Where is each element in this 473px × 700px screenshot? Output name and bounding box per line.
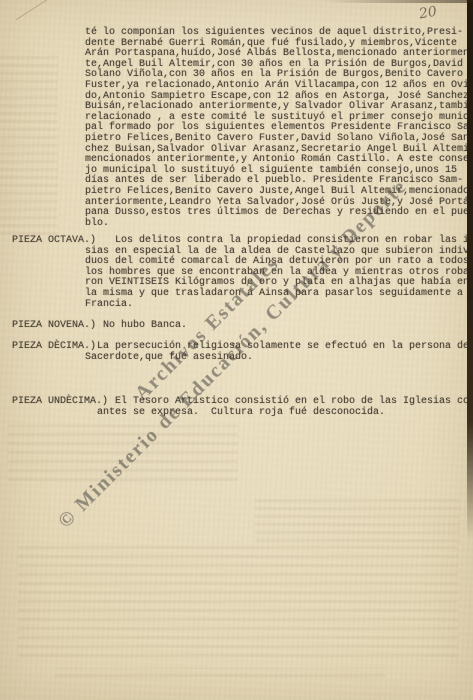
text-line: té lo componían los siguientes vecinos d…: [85, 28, 473, 39]
section-body: Los delitos contra la propiedad consisti…: [85, 236, 473, 310]
text-line: La persecución religiosa solamente se ef…: [85, 342, 473, 353]
page-number: 20: [418, 4, 438, 23]
section-pieza-de-cima: PIEZA DÈCIMA.) La persecución religiosa …: [12, 342, 473, 363]
section-label: PIEZA NOVENA.): [12, 321, 96, 332]
text-line: El Tesoro Artístico consistió en el robo…: [85, 397, 473, 408]
bleedthrough-marks: [0, 55, 58, 240]
text-line: antes se expresa. Cultura roja fué desco…: [85, 408, 473, 419]
text-line: blo.: [85, 219, 473, 230]
section-body: La persecución religiosa solamente se ef…: [85, 342, 473, 363]
intro-paragraph: té lo componían los siguientes vecinos d…: [85, 28, 473, 229]
text-line: Los delitos contra la propiedad consisti…: [85, 236, 473, 247]
bleedthrough-marks: [8, 425, 238, 487]
section-label: PIEZA OCTAVA.): [12, 236, 96, 247]
bleedthrough-marks: [255, 495, 460, 547]
section-body: El Tesoro Artístico consistió en el robo…: [85, 397, 473, 418]
text-line: pietro Felices,Benito Cavero Juste,Angel…: [85, 187, 473, 198]
section-label: PIEZA DÈCIMA.): [12, 342, 96, 353]
section-body: No hubo Banca.: [85, 321, 473, 332]
paper-crease: [16, 0, 48, 20]
section-label: PIEZA UNDÈCIMA.): [12, 397, 108, 408]
section-pieza-novena: PIEZA NOVENA.) No hubo Banca.: [12, 321, 473, 332]
text-line: Francia.: [85, 300, 473, 311]
text-line: pietro Felices,Benito Cavero Fuster,Davi…: [85, 134, 473, 145]
section-pieza-unde-cima: PIEZA UNDÈCIMA.) El Tesoro Artístico con…: [12, 397, 473, 418]
bleedthrough-marks: [55, 668, 385, 682]
section-pieza-octava: PIEZA OCTAVA.) Los delitos contra la pro…: [12, 236, 473, 310]
text-line: la misma y que trasladaron a Ainsa para …: [85, 289, 473, 300]
text-line: Fuster,ya relacionado,Antonio Arán Villa…: [85, 81, 473, 92]
text-line: No hubo Banca.: [85, 321, 473, 332]
text-line: pana Dusso,estos tres últimos de Derecha…: [85, 208, 473, 219]
text-line: Sacerdote,que fué asesinado.: [85, 353, 473, 364]
document-page: Archivos Estatales © Ministerio de Educa…: [0, 0, 473, 700]
bleedthrough-marks: [18, 545, 458, 663]
scan-edge-right: [467, 0, 473, 540]
scan-edge-top: [323, 0, 473, 3]
